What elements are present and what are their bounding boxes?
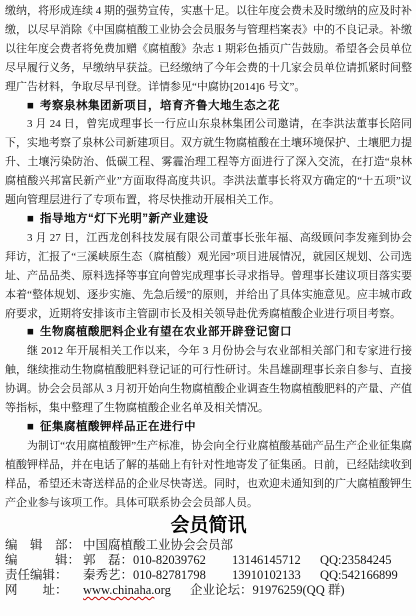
section-headline: ■考察泉林集团新项目，培育齐鲁大地生态之花	[5, 97, 412, 116]
section-paragraph: 3 月 27 日，江西龙创科技发展有限公司董事长张年福、高级顾问李发雍到协会拜访…	[5, 229, 412, 324]
duty-editor-row: 责任编辑：秦秀艺：010-8278179813910102133QQ:54216…	[5, 568, 412, 583]
square-bullet-icon: ■	[27, 326, 34, 338]
url-host-part: chinaha.	[112, 583, 154, 597]
website-url: www.chinaha.org	[83, 583, 190, 598]
newsletter-page: 缴纳，将形成连续 4 期的强势宣传，实惠十足。以往年度会费未及时缴纳的应及时补缴…	[0, 0, 416, 616]
editor-label: 编 辑：	[5, 553, 83, 568]
url-www-part: www.	[83, 583, 112, 597]
duty-editor-name-phone: 秦秀艺：010-82781798	[83, 568, 232, 583]
square-bullet-icon: ■	[27, 100, 34, 112]
duty-editor-label: 责任编辑：	[5, 568, 83, 583]
footer-rows: 编 辑 部：中国腐植酸工业协会会员部 编 辑：郭 磊：010-820397621…	[5, 538, 412, 598]
editor-name-phone: 郭 磊：010-82039762	[83, 553, 232, 568]
dept-value: 中国腐植酸工业协会会员部	[83, 538, 233, 553]
duty-editor-qq: QQ:542166899	[320, 568, 398, 583]
section-headline-text: 指导地方“灯下光明”新产业建设	[40, 213, 209, 225]
section-headline-text: 考察泉林集团新项目，培育齐鲁大地生态之花	[40, 100, 280, 112]
section-headline-text: 征集腐植酸钾样品正在进行中	[40, 421, 196, 433]
section-sample-collection: ■征集腐植酸钾样品正在进行中 为制订“农用腐植酸钾”生产标准，协会向全行业腐植酸…	[5, 418, 412, 513]
section-paragraph: 继 2012 年开展相关工作以来，今年 3 月份协会与农业部相关部门和专家进行接…	[5, 342, 412, 418]
url-tld-part: org	[154, 583, 170, 597]
intro-paragraph: 缴纳，将形成连续 4 期的强势宣传，实惠十足。以往年度会费未及时缴纳的应及时补缴…	[5, 2, 412, 97]
footer-title: 会员简讯	[5, 515, 412, 536]
forum-value: 企业论坛：91976259(QQ 群)	[190, 583, 345, 598]
section-headline: ■生物腐植酸肥料企业有望在农业部开辟登记窗口	[5, 323, 412, 342]
website-row: 网 址：www.chinaha.org企业论坛：91976259(QQ 群)	[5, 583, 412, 598]
editor-row: 编 辑：郭 磊：010-8203976213146145712QQ:235842…	[5, 553, 412, 568]
section-paragraph: 为制订“农用腐植酸钾”生产标准，协会向全行业腐植酸基础产品生产企业征集腐植酸钾样…	[5, 437, 412, 513]
section-headline: ■指导地方“灯下光明”新产业建设	[5, 210, 412, 229]
editorial-dept-row: 编 辑 部：中国腐植酸工业协会会员部	[5, 538, 412, 553]
dept-label: 编 辑 部：	[5, 538, 83, 553]
section-fertilizer-registration: ■生物腐植酸肥料企业有望在农业部开辟登记窗口 继 2012 年开展相关工作以来，…	[5, 323, 412, 418]
editor-qq: QQ:23584245	[320, 553, 392, 568]
newsletter-body: 缴纳，将形成连续 4 期的强势宣传，实惠十足。以往年度会费未及时缴纳的应及时补缴…	[5, 2, 412, 512]
square-bullet-icon: ■	[27, 421, 34, 433]
duty-editor-mobile: 13910102133	[232, 568, 320, 583]
square-bullet-icon: ■	[27, 213, 34, 225]
website-label: 网 址：	[5, 583, 83, 598]
footer-colophon: 会员简讯 编 辑 部：中国腐植酸工业协会会员部 编 辑：郭 磊：010-8203…	[5, 515, 412, 598]
section-headline: ■征集腐植酸钾样品正在进行中	[5, 418, 412, 437]
editor-mobile: 13146145712	[232, 553, 320, 568]
section-paragraph: 3 月 24 日，曾宪成理事长一行应山东泉林集团公司邀请，在李洪法董事长陪同下，…	[5, 115, 412, 210]
section-headline-text: 生物腐植酸肥料企业有望在农业部开辟登记窗口	[40, 326, 292, 338]
section-quanlin-visit: ■考察泉林集团新项目，培育齐鲁大地生态之花 3 月 24 日，曾宪成理事长一行应…	[5, 97, 412, 210]
section-local-guidance: ■指导地方“灯下光明”新产业建设 3 月 27 日，江西龙创科技发展有限公司董事…	[5, 210, 412, 323]
